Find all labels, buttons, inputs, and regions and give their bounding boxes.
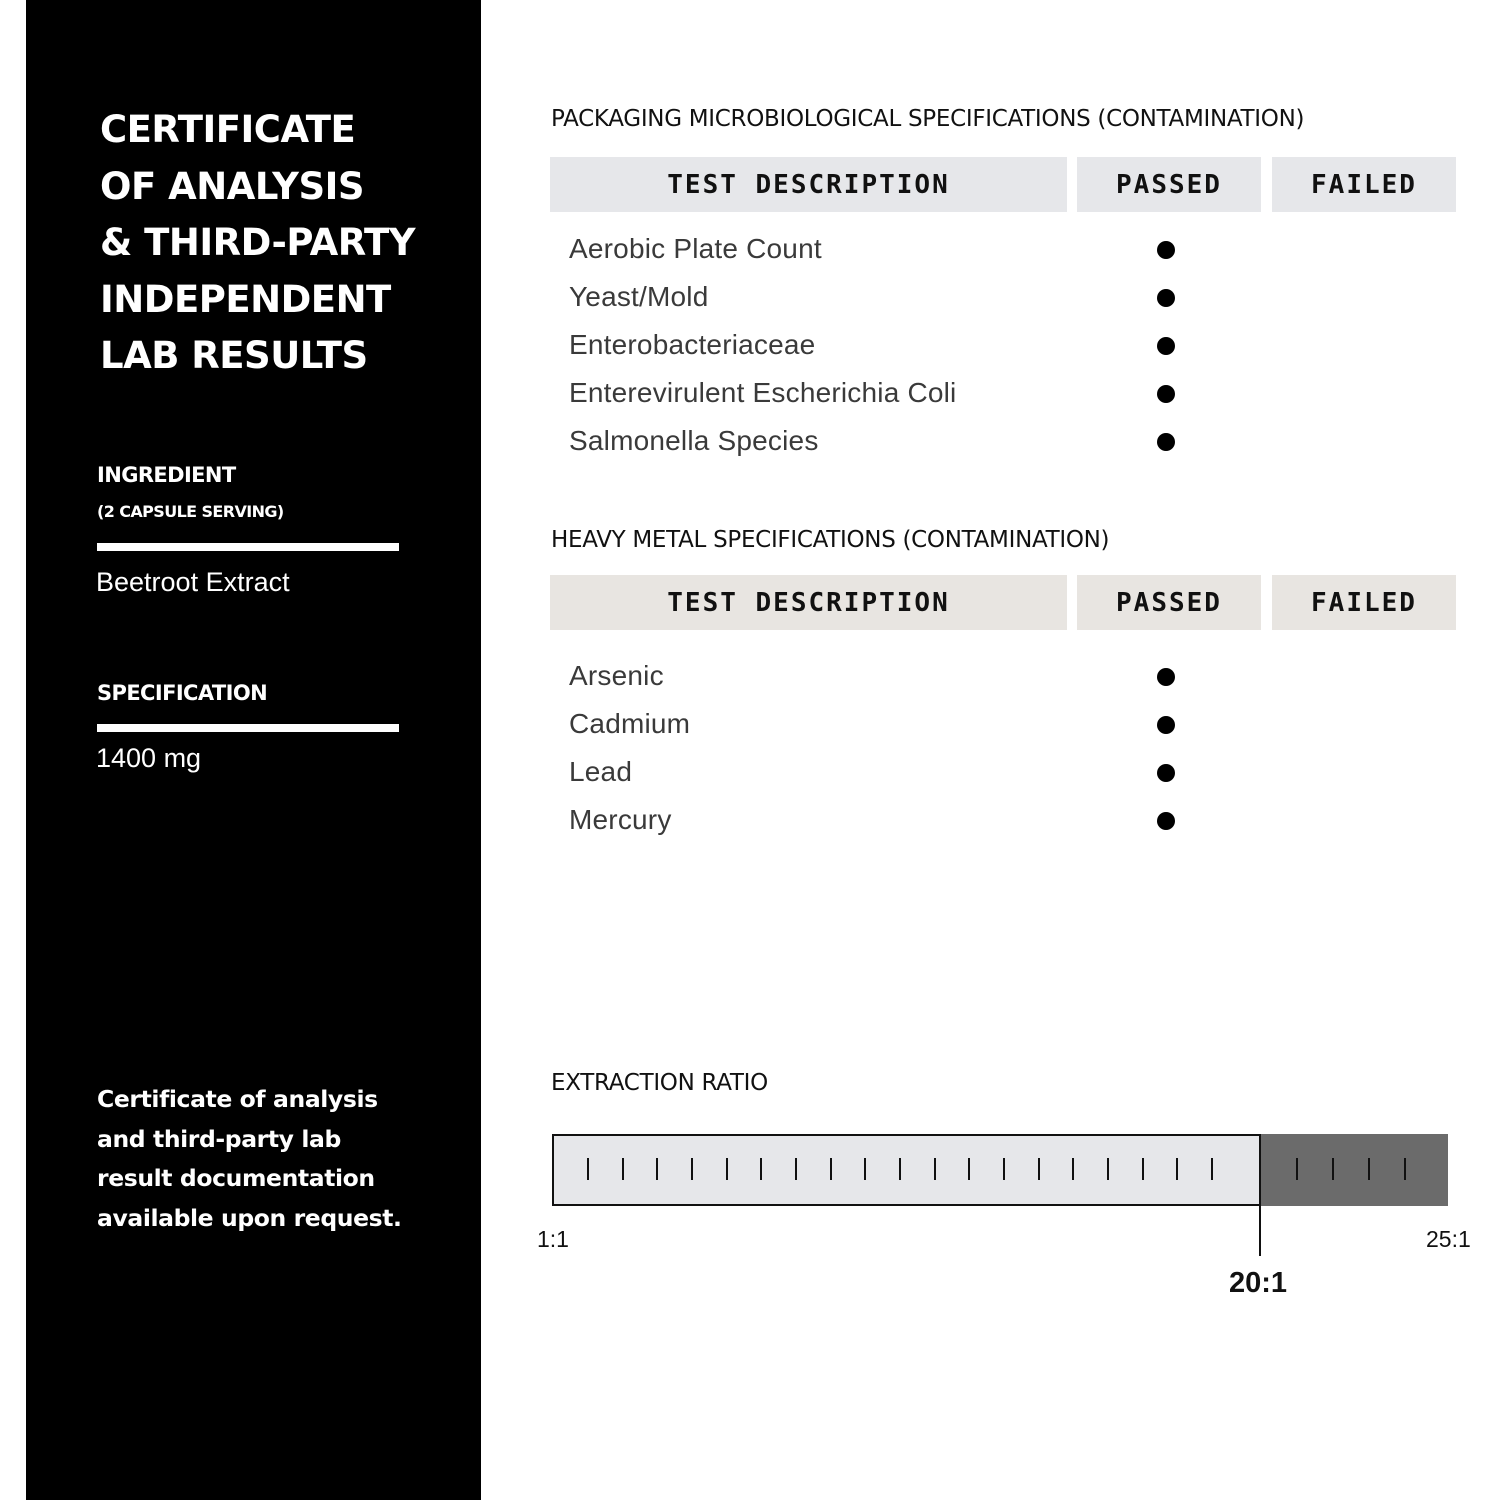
header-test-description: TEST DESCRIPTION <box>550 157 1067 212</box>
test-row-label: Cadmium <box>569 708 690 740</box>
passed-dot-icon <box>1157 716 1175 734</box>
ratio-tick <box>622 1158 624 1180</box>
availability-note: Certificate of analysis and third-party … <box>97 1080 402 1238</box>
title-line: CERTIFICATE <box>100 102 415 159</box>
ingredient-sublabel: (2 CAPSULE SERVING) <box>97 502 284 521</box>
note-line: Certificate of analysis <box>97 1080 402 1120</box>
ratio-tick <box>656 1158 658 1180</box>
ratio-min-label: 1:1 <box>537 1226 569 1253</box>
header-failed: FAILED <box>1272 157 1456 212</box>
test-row-label: Aerobic Plate Count <box>569 233 822 265</box>
certificate-title: CERTIFICATE OF ANALYSIS & THIRD-PARTY IN… <box>100 102 415 385</box>
title-line: LAB RESULTS <box>100 328 415 385</box>
test-row-label: Lead <box>569 756 632 788</box>
title-line: INDEPENDENT <box>100 272 415 329</box>
ratio-tick <box>1332 1158 1334 1180</box>
ingredient-label: INGREDIENT <box>97 463 236 487</box>
note-line: result documentation <box>97 1159 402 1199</box>
header-failed: FAILED <box>1272 575 1456 630</box>
ratio-tick <box>864 1158 866 1180</box>
passed-dot-icon <box>1157 241 1175 259</box>
ratio-tick <box>1142 1158 1144 1180</box>
ratio-filled-segment <box>552 1134 1261 1206</box>
specification-divider <box>97 724 399 732</box>
test-row-label: Enterevirulent Escherichia Coli <box>569 377 956 409</box>
header-passed: PASSED <box>1077 575 1261 630</box>
microbiological-section-title: PACKAGING MICROBIOLOGICAL SPECIFICATIONS… <box>551 106 1304 132</box>
test-row-label: Mercury <box>569 804 672 836</box>
passed-dot-icon <box>1157 433 1175 451</box>
test-row-label: Yeast/Mold <box>569 281 709 313</box>
ratio-tick <box>691 1158 693 1180</box>
specification-value: 1400 mg <box>96 743 201 774</box>
passed-dot-icon <box>1157 812 1175 830</box>
header-passed: PASSED <box>1077 157 1261 212</box>
ratio-tick <box>968 1158 970 1180</box>
ratio-tick <box>1038 1158 1040 1180</box>
specification-label: SPECIFICATION <box>97 681 267 705</box>
ratio-tick <box>1176 1158 1178 1180</box>
ratio-tick <box>934 1158 936 1180</box>
title-line: OF ANALYSIS <box>100 159 415 216</box>
passed-dot-icon <box>1157 337 1175 355</box>
ratio-tick <box>726 1158 728 1180</box>
ratio-tick <box>795 1158 797 1180</box>
heavy-metal-section-title: HEAVY METAL SPECIFICATIONS (CONTAMINATIO… <box>551 527 1109 553</box>
note-line: and third-party lab <box>97 1120 402 1160</box>
passed-dot-icon <box>1157 385 1175 403</box>
note-line: available upon request. <box>97 1199 402 1239</box>
ingredient-value: Beetroot Extract <box>96 567 290 598</box>
ratio-tick <box>760 1158 762 1180</box>
ratio-tick <box>1404 1158 1406 1180</box>
ratio-tick <box>1072 1158 1074 1180</box>
ratio-tick <box>1107 1158 1109 1180</box>
title-line: & THIRD-PARTY <box>100 215 415 272</box>
ratio-tick <box>587 1158 589 1180</box>
passed-dot-icon <box>1157 668 1175 686</box>
ratio-tick <box>1368 1158 1370 1180</box>
extraction-ratio-title: EXTRACTION RATIO <box>551 1070 768 1096</box>
sidebar: CERTIFICATE OF ANALYSIS & THIRD-PARTY IN… <box>26 0 481 1500</box>
ratio-tick <box>1003 1158 1005 1180</box>
ratio-tick <box>830 1158 832 1180</box>
ratio-tick <box>1296 1158 1298 1180</box>
passed-dot-icon <box>1157 289 1175 307</box>
extraction-ratio-bar <box>552 1134 1448 1206</box>
ratio-value-label: 20:1 <box>1229 1267 1287 1300</box>
ingredient-divider <box>97 543 399 551</box>
ratio-value-marker <box>1259 1134 1261 1256</box>
passed-dot-icon <box>1157 764 1175 782</box>
ratio-max-label: 25:1 <box>1426 1226 1471 1253</box>
test-row-label: Salmonella Species <box>569 425 819 457</box>
test-row-label: Arsenic <box>569 660 664 692</box>
ratio-tick <box>899 1158 901 1180</box>
ratio-remaining-segment <box>1261 1134 1448 1206</box>
ratio-tick <box>1211 1158 1213 1180</box>
header-test-description: TEST DESCRIPTION <box>550 575 1067 630</box>
test-row-label: Enterobacteriaceae <box>569 329 815 361</box>
